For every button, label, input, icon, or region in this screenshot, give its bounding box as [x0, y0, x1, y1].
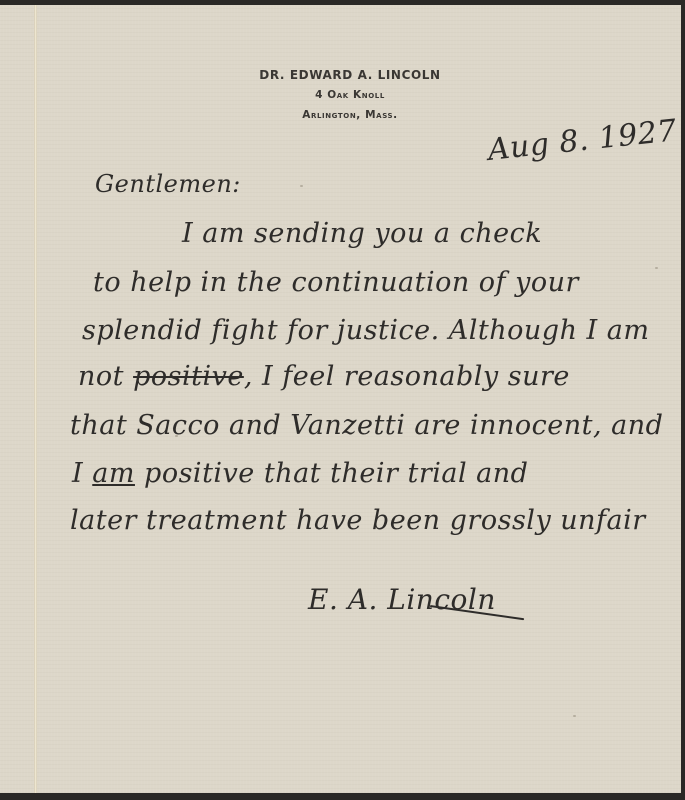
text-segment: I — [72, 458, 92, 489]
text-segment: not — [78, 361, 133, 392]
text-segment: , I feel reasonably sure — [244, 361, 570, 392]
letter-body-line: to help in the continuation of your — [93, 267, 579, 298]
text-segment: positive that their trial and — [135, 458, 529, 489]
letter-page: DR. EDWARD A. LINCOLN 4 Oak Knoll Arling… — [0, 5, 681, 793]
paper-fold-line — [34, 5, 37, 793]
letter-body-line: I am positive that their trial and — [72, 458, 528, 489]
letterhead-address-line1: 4 Oak Knoll — [240, 85, 460, 105]
underlined-word: am — [92, 458, 135, 489]
letter-date: Aug 8. 1927 — [486, 113, 678, 168]
letter-body-line: that Sacco and Vanzetti are innocent, an… — [70, 410, 663, 441]
paper-speck — [655, 267, 658, 269]
paper-speck — [573, 715, 576, 717]
letterhead-name: DR. EDWARD A. LINCOLN — [240, 65, 460, 85]
letter-body-line: not positive, I feel reasonably sure — [78, 361, 570, 392]
struck-word: positive — [133, 361, 244, 392]
letter-salutation: Gentlemen: — [95, 170, 241, 198]
letter-body-line: I am sending you a check — [182, 218, 542, 249]
letterhead: DR. EDWARD A. LINCOLN 4 Oak Knoll Arling… — [240, 65, 460, 125]
paper-speck — [175, 435, 178, 437]
letterhead-address-line2: Arlington, Mass. — [240, 105, 460, 125]
paper-speck — [300, 185, 303, 187]
letter-body-line: splendid fight for justice. Although I a… — [82, 315, 650, 346]
letter-body-line: later treatment have been grossly unfair — [70, 505, 646, 536]
